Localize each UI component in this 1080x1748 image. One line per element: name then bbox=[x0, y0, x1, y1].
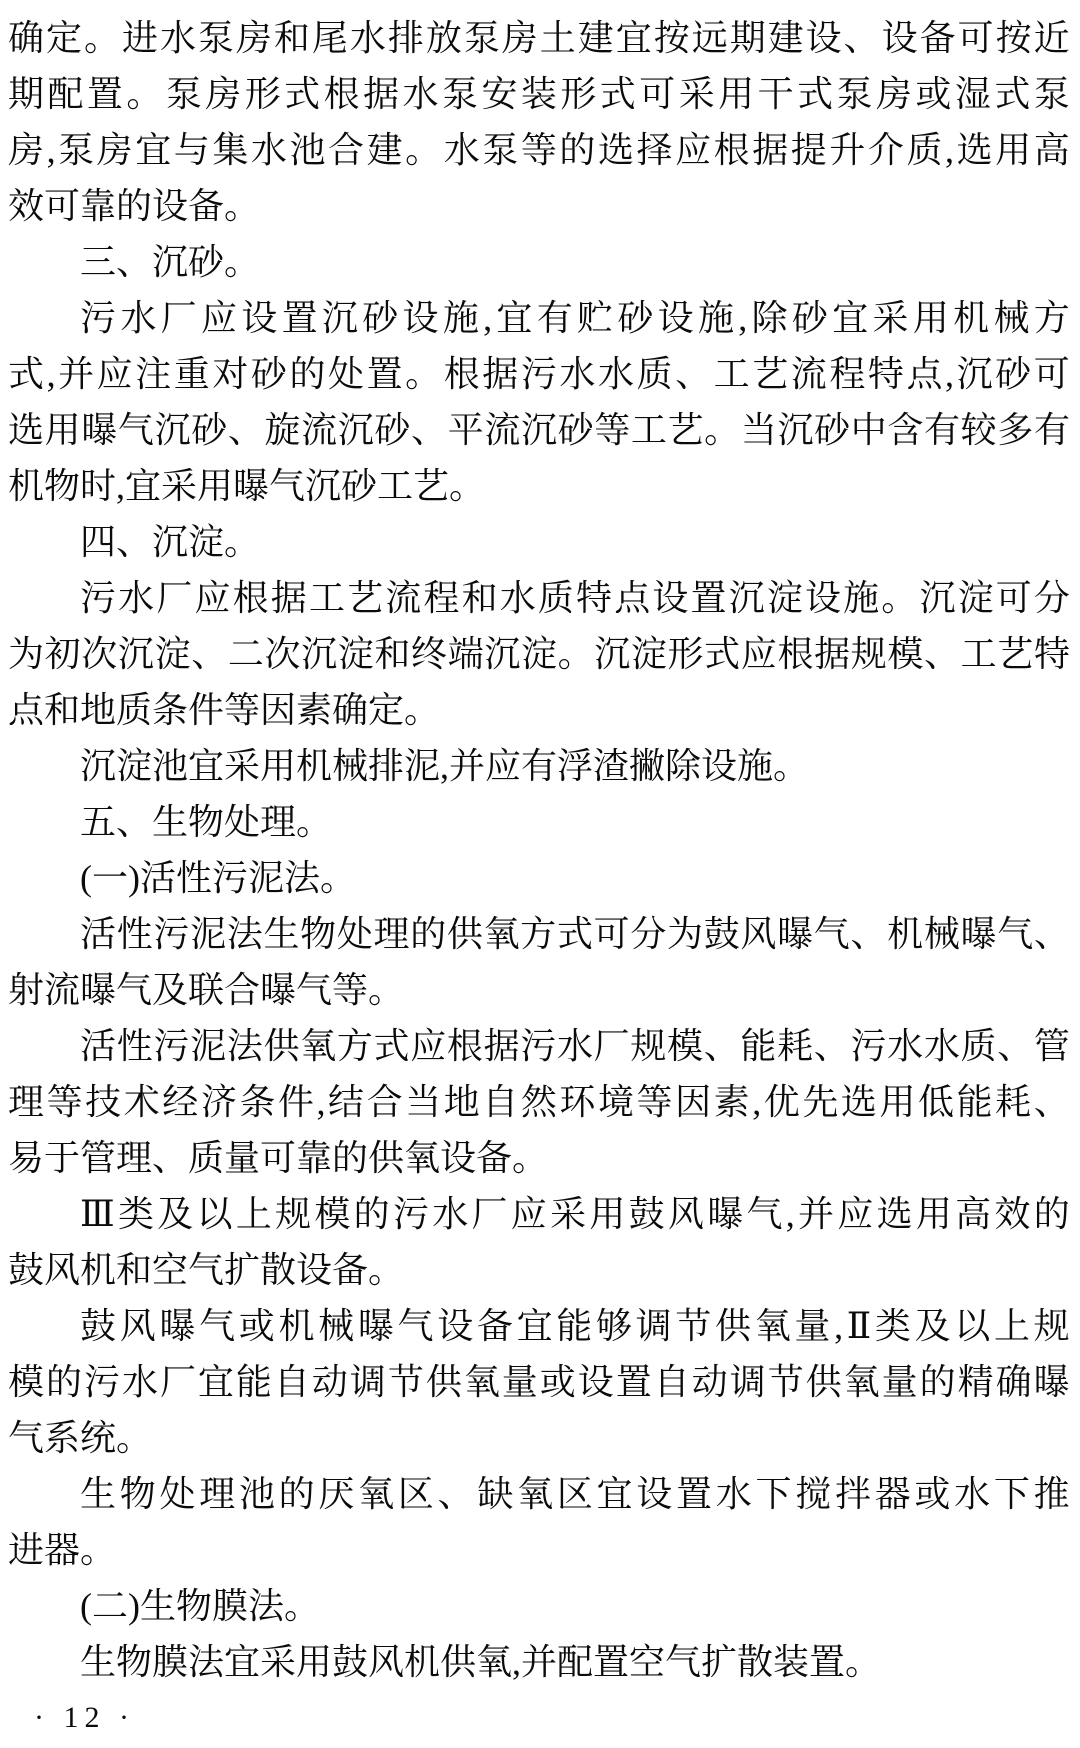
character: 置 bbox=[691, 570, 727, 626]
character: 气 bbox=[199, 1298, 235, 1354]
character: 砂 bbox=[362, 290, 398, 346]
character: 地 bbox=[444, 1074, 480, 1130]
character: 或 bbox=[540, 1354, 576, 1410]
character: 能 bbox=[236, 1354, 272, 1410]
character: 砂 bbox=[792, 290, 828, 346]
character: 氧 bbox=[300, 1018, 336, 1074]
character: 沉 bbox=[957, 346, 993, 402]
character: 淀 bbox=[631, 626, 667, 682]
character: 集 bbox=[212, 122, 248, 178]
character: 素 bbox=[714, 1074, 750, 1130]
character: 宜 bbox=[198, 1354, 234, 1410]
character: 管 bbox=[1034, 1018, 1070, 1074]
character: 与 bbox=[174, 122, 210, 178]
character: 耗 bbox=[777, 1018, 813, 1074]
character: 安 bbox=[481, 66, 517, 122]
character: 耗 bbox=[995, 1074, 1031, 1130]
character: 置 bbox=[282, 290, 318, 346]
character: 规 bbox=[630, 1018, 666, 1074]
text-line: 鼓风曝气或机械曝气设备宜能够调节供氧量,Ⅱ类及以上规 bbox=[8, 1298, 1070, 1354]
character: 区 bbox=[398, 1466, 434, 1522]
character: 房 bbox=[502, 10, 538, 66]
character: 动 bbox=[692, 1354, 728, 1410]
character: 砂 bbox=[814, 402, 850, 458]
character: 点 bbox=[906, 346, 942, 402]
character: 下 bbox=[994, 1466, 1030, 1522]
character: 按 bbox=[996, 10, 1032, 66]
character: 拌 bbox=[835, 1466, 871, 1522]
paragraph: 污水厂应根据工艺流程和水质特点设置沉淀设施。沉淀可分为初次沉淀、二次沉淀和终端沉… bbox=[8, 570, 1070, 738]
character: 以 bbox=[197, 1186, 233, 1242]
character: 提 bbox=[791, 122, 827, 178]
character: 用 bbox=[589, 1186, 625, 1242]
character: 厌 bbox=[318, 1466, 354, 1522]
character: 理 bbox=[374, 906, 410, 962]
character: 对 bbox=[212, 346, 248, 402]
character: 宜 bbox=[517, 1298, 553, 1354]
character: 合 bbox=[367, 1074, 403, 1130]
text-line: 模的污水厂宜能自动调节供氧量或设置自动调节供氧量的精确曝 bbox=[8, 1354, 1070, 1410]
character: 式 bbox=[994, 66, 1030, 122]
character: 曝 bbox=[961, 906, 997, 962]
character: 缺 bbox=[477, 1466, 513, 1522]
character: 工 bbox=[714, 346, 750, 402]
character: 物 bbox=[120, 1466, 156, 1522]
character: 宜 bbox=[135, 122, 171, 178]
paragraph: (一)活性污泥法。 bbox=[8, 850, 1070, 906]
character: 氧 bbox=[464, 1354, 500, 1410]
text-line: 理等技术经济条件,结合当地自然环境等因素,优先选用低能耗、 bbox=[8, 1074, 1070, 1130]
paragraph: 活性污泥法生物处理的供氧方式可分为鼓风曝气、机械曝气、射流曝气及联合曝气等。 bbox=[8, 906, 1070, 1018]
character: 。 bbox=[704, 402, 740, 458]
character: 供 bbox=[715, 1298, 751, 1354]
character: 艺 bbox=[668, 402, 704, 458]
character: 的 bbox=[410, 906, 446, 962]
character: 活 bbox=[80, 1018, 116, 1074]
character: 气 bbox=[814, 906, 850, 962]
character: 形 bbox=[560, 66, 596, 122]
character: 选 bbox=[841, 1074, 877, 1130]
character: 根 bbox=[324, 66, 360, 122]
character: 注 bbox=[135, 346, 171, 402]
character: 处 bbox=[159, 1466, 195, 1522]
character: 建 bbox=[367, 122, 403, 178]
character: 能 bbox=[957, 1074, 993, 1130]
paragraph: 生物处理池的厌氧区、缺氧区宜设置水下搅拌器或水下推进器。 bbox=[8, 1466, 1070, 1578]
character: 有 bbox=[924, 402, 960, 458]
character: 处 bbox=[337, 906, 373, 962]
character: 及 bbox=[157, 1186, 193, 1242]
character: 应 bbox=[511, 1186, 547, 1242]
character: 升 bbox=[829, 122, 865, 178]
character: 沉 bbox=[301, 626, 337, 682]
character: 宜 bbox=[616, 10, 652, 66]
character: 等 bbox=[521, 122, 557, 178]
character: 机 bbox=[278, 1298, 314, 1354]
character: 质 bbox=[906, 122, 942, 178]
character: 备 bbox=[920, 10, 956, 66]
character: 的 bbox=[289, 346, 325, 402]
character: 艺 bbox=[997, 626, 1033, 682]
character: 设 bbox=[437, 1298, 473, 1354]
character: 沉 bbox=[729, 570, 765, 626]
character: 器 bbox=[875, 1466, 911, 1522]
character: 模 bbox=[667, 1018, 703, 1074]
character: 近 bbox=[1034, 10, 1070, 66]
character: 次 bbox=[81, 626, 117, 682]
character: 曝 bbox=[81, 402, 117, 458]
character: 根 bbox=[777, 626, 813, 682]
character: 置 bbox=[616, 1354, 652, 1410]
character: 施 bbox=[843, 570, 879, 626]
character: 供 bbox=[447, 906, 483, 962]
paragraph: 五、生物处理。 bbox=[8, 794, 1070, 850]
character: 处 bbox=[328, 346, 364, 402]
character: Ⅱ bbox=[847, 1298, 871, 1354]
character: 确 bbox=[996, 1354, 1032, 1410]
character: 泥 bbox=[190, 906, 226, 962]
character: 风 bbox=[668, 1186, 704, 1242]
character: 污 bbox=[521, 346, 557, 402]
character: 气 bbox=[997, 906, 1033, 962]
character: 质 bbox=[961, 1018, 997, 1074]
character: 上 bbox=[236, 1186, 272, 1242]
character: 可 bbox=[1034, 346, 1070, 402]
character: 能 bbox=[740, 1018, 776, 1074]
text-line: 选用曝气沉砂、旋流沉砂、平流沉砂等工艺。当沉砂中含有较多有 bbox=[8, 402, 1070, 458]
character: 特 bbox=[868, 346, 904, 402]
character: 设 bbox=[403, 290, 439, 346]
character: 可 bbox=[958, 10, 994, 66]
character: 流 bbox=[385, 570, 421, 626]
character: 选 bbox=[598, 122, 634, 178]
character: 介 bbox=[868, 122, 904, 178]
paragraph: 确定。进水泵房和尾水排放泵房土建宜按远期建设、设备可按近期配置。泵房形式根据水泵… bbox=[8, 10, 1070, 234]
text-line: 确定。进水泵房和尾水排放泵房土建宜按远期建设、设备可按近 bbox=[8, 10, 1070, 66]
character: 泵 bbox=[58, 122, 94, 178]
character: 、 bbox=[1034, 906, 1070, 962]
character: 调 bbox=[350, 1354, 386, 1410]
text-line: (一)活性污泥法。 bbox=[8, 850, 1070, 906]
character: 初 bbox=[45, 626, 81, 682]
character: 鼓 bbox=[704, 906, 740, 962]
character: 砂 bbox=[558, 402, 594, 458]
character: 污 bbox=[84, 1354, 120, 1410]
character: 淀 bbox=[767, 570, 803, 626]
character: 或 bbox=[915, 66, 951, 122]
character: 特 bbox=[576, 570, 612, 626]
document-body: 确定。进水泵房和尾水排放泵房土建宜按远期建设、设备可按近期配置。泵房形式根据水泵… bbox=[8, 10, 1070, 1690]
character: 设 bbox=[578, 1354, 614, 1410]
character: 可 bbox=[996, 570, 1032, 626]
character: 气 bbox=[746, 1186, 782, 1242]
character: 。 bbox=[126, 66, 162, 122]
character: 性 bbox=[117, 1018, 153, 1074]
character: 和 bbox=[374, 626, 410, 682]
character: 水 bbox=[122, 1354, 158, 1410]
character: 用 bbox=[45, 402, 81, 458]
character: 和 bbox=[462, 570, 498, 626]
character: 够 bbox=[596, 1298, 632, 1354]
character: 淀 bbox=[155, 626, 191, 682]
character: 节 bbox=[388, 1354, 424, 1410]
character: 湿 bbox=[955, 66, 991, 122]
text-line: 进器。 bbox=[8, 1522, 1070, 1578]
character: 多 bbox=[997, 402, 1033, 458]
character: 并 bbox=[58, 346, 94, 402]
character: 工 bbox=[631, 402, 667, 458]
paragraph: 三、沉砂。 bbox=[8, 234, 1070, 290]
character: 水 bbox=[887, 1018, 923, 1074]
character: 泵 bbox=[464, 10, 500, 66]
character: 式 bbox=[284, 66, 320, 122]
character: 。 bbox=[405, 122, 441, 178]
character: 泵 bbox=[442, 66, 478, 122]
character: 。 bbox=[558, 626, 594, 682]
character: 的 bbox=[354, 1186, 390, 1242]
character: 沉 bbox=[322, 290, 358, 346]
character: 流 bbox=[484, 402, 520, 458]
character: 设 bbox=[652, 570, 688, 626]
character: 应 bbox=[741, 626, 777, 682]
character: 形 bbox=[668, 626, 704, 682]
character: 砂 bbox=[251, 346, 287, 402]
character: 根 bbox=[447, 1018, 483, 1074]
character: 水 bbox=[559, 346, 595, 402]
character: 、 bbox=[675, 346, 711, 402]
character: 有 bbox=[537, 290, 573, 346]
character: 泵 bbox=[198, 10, 234, 66]
character: 气 bbox=[398, 1298, 434, 1354]
character: 用 bbox=[995, 122, 1031, 178]
character: 质 bbox=[637, 346, 673, 402]
character: 艺 bbox=[347, 570, 383, 626]
character: 量 bbox=[502, 1354, 538, 1410]
character: 用 bbox=[718, 66, 754, 122]
text-line: 沉淀池宜采用机械排泥,并应有浮渣撇除设施。 bbox=[8, 738, 1070, 794]
text-line: 生物处理池的厌氧区、缺氧区宜设置水下搅拌器或水下推 bbox=[8, 1466, 1070, 1522]
character: 式 bbox=[704, 626, 740, 682]
character: 水 bbox=[118, 570, 154, 626]
character: , bbox=[945, 346, 954, 402]
character: 流 bbox=[301, 402, 337, 458]
character: 水 bbox=[120, 290, 156, 346]
character: 风 bbox=[740, 906, 776, 962]
character: 的 bbox=[279, 1466, 315, 1522]
character: 沉 bbox=[521, 402, 557, 458]
character: 精 bbox=[958, 1354, 994, 1410]
character: 设 bbox=[658, 290, 694, 346]
character: 土 bbox=[540, 10, 576, 66]
character: 、 bbox=[924, 626, 960, 682]
character: 氧 bbox=[755, 1298, 791, 1354]
character: 污 bbox=[80, 290, 116, 346]
character: 设 bbox=[882, 10, 918, 66]
character: 定 bbox=[46, 10, 82, 66]
character: , bbox=[738, 290, 747, 346]
character: 工 bbox=[309, 570, 345, 626]
character: 建 bbox=[578, 10, 614, 66]
character: 式 bbox=[8, 346, 44, 402]
character: 气 bbox=[118, 402, 154, 458]
character: 砂 bbox=[995, 346, 1031, 402]
character: 鼓 bbox=[80, 1298, 116, 1354]
character: 技 bbox=[85, 1074, 121, 1130]
character: 方 bbox=[1034, 290, 1070, 346]
character: 、 bbox=[1034, 1074, 1070, 1130]
character: 量 bbox=[882, 1354, 918, 1410]
character: 据 bbox=[814, 626, 850, 682]
character: 自 bbox=[274, 1354, 310, 1410]
character: 排 bbox=[388, 10, 424, 66]
character: 理 bbox=[8, 1074, 44, 1130]
character: 根 bbox=[233, 570, 269, 626]
character: 泵 bbox=[482, 122, 518, 178]
character: 自 bbox=[482, 1074, 518, 1130]
character: 房 bbox=[97, 122, 133, 178]
character: 流 bbox=[791, 346, 827, 402]
character: 推 bbox=[1034, 1466, 1070, 1522]
character: 上 bbox=[994, 1298, 1030, 1354]
character: 干 bbox=[758, 66, 794, 122]
character: 点 bbox=[614, 570, 650, 626]
character: 宜 bbox=[832, 290, 868, 346]
character: 当 bbox=[741, 402, 777, 458]
character: 曝 bbox=[1034, 1354, 1070, 1410]
character: 分 bbox=[630, 906, 666, 962]
character: 供 bbox=[263, 1018, 299, 1074]
character: 除 bbox=[752, 290, 788, 346]
character: 合 bbox=[328, 122, 364, 178]
character: 低 bbox=[918, 1074, 954, 1130]
character: 厂 bbox=[161, 290, 197, 346]
character: 宜 bbox=[496, 290, 532, 346]
character: 沉 bbox=[919, 570, 955, 626]
character: 效 bbox=[994, 1186, 1030, 1242]
text-line: 机物时,宜采用曝气沉砂工艺。 bbox=[8, 458, 1070, 514]
character: 泥 bbox=[190, 1018, 226, 1074]
text-line: 鼓风机和空气扩散设备。 bbox=[8, 1242, 1070, 1298]
character: 水 bbox=[716, 1466, 752, 1522]
character: 规 bbox=[851, 626, 887, 682]
character: 术 bbox=[124, 1074, 160, 1130]
character: 污 bbox=[850, 1018, 886, 1074]
text-line: 四、沉淀。 bbox=[8, 514, 1070, 570]
character: 砂 bbox=[191, 402, 227, 458]
character: 规 bbox=[1034, 1298, 1070, 1354]
character: 。 bbox=[405, 346, 441, 402]
character: 济 bbox=[201, 1074, 237, 1130]
character: 动 bbox=[312, 1354, 348, 1410]
character: 特 bbox=[1034, 626, 1070, 682]
character: 氧 bbox=[484, 906, 520, 962]
character: 能 bbox=[556, 1298, 592, 1354]
character: 节 bbox=[675, 1298, 711, 1354]
character: 先 bbox=[802, 1074, 838, 1130]
character: 采 bbox=[873, 290, 909, 346]
character: 据 bbox=[752, 122, 788, 178]
character: 优 bbox=[764, 1074, 800, 1130]
character: 污 bbox=[153, 906, 189, 962]
text-line: (二)生物膜法。 bbox=[8, 1578, 1070, 1634]
character: 远 bbox=[692, 10, 728, 66]
character: 砂 bbox=[617, 290, 653, 346]
character: , bbox=[752, 1074, 761, 1130]
character: 为 bbox=[8, 626, 44, 682]
character: 高 bbox=[955, 1186, 991, 1242]
character: 、 bbox=[191, 626, 227, 682]
character: 旋 bbox=[264, 402, 300, 458]
character: 曝 bbox=[159, 1298, 195, 1354]
character: 应 bbox=[837, 1186, 873, 1242]
character: 为 bbox=[667, 906, 703, 962]
character: 砂 bbox=[374, 402, 410, 458]
character: 含 bbox=[887, 402, 923, 458]
character: 水 bbox=[251, 122, 287, 178]
character: 根 bbox=[444, 346, 480, 402]
character: 件 bbox=[278, 1074, 314, 1130]
character: 类 bbox=[875, 1298, 911, 1354]
character: 据 bbox=[484, 1018, 520, 1074]
text-line: 气系统。 bbox=[8, 1410, 1070, 1466]
character: 中 bbox=[851, 402, 887, 458]
character: 水 bbox=[403, 66, 439, 122]
character: 淀 bbox=[338, 626, 374, 682]
character: , bbox=[834, 1298, 843, 1354]
character: , bbox=[786, 1186, 795, 1242]
character: 污 bbox=[393, 1186, 429, 1242]
character: 物 bbox=[300, 906, 336, 962]
character: 房 bbox=[876, 66, 912, 122]
character: 氧 bbox=[844, 1354, 880, 1410]
character: 应 bbox=[201, 290, 237, 346]
character: 风 bbox=[120, 1298, 156, 1354]
character: 氧 bbox=[517, 1466, 553, 1522]
character: 水 bbox=[598, 346, 634, 402]
character: 等 bbox=[47, 1074, 83, 1130]
character: 期 bbox=[8, 66, 44, 122]
character: 供 bbox=[426, 1354, 462, 1410]
character: 设 bbox=[806, 10, 842, 66]
character: 装 bbox=[521, 66, 557, 122]
character: 。 bbox=[84, 10, 120, 66]
character: 式 bbox=[557, 906, 593, 962]
character: 方 bbox=[337, 1018, 373, 1074]
character: 或 bbox=[914, 1466, 950, 1522]
character: 的 bbox=[559, 122, 595, 178]
character: 污 bbox=[520, 1018, 556, 1074]
character: 采 bbox=[679, 66, 715, 122]
character: 因 bbox=[675, 1074, 711, 1130]
character: 性 bbox=[117, 906, 153, 962]
character: 曝 bbox=[777, 906, 813, 962]
character: 置 bbox=[87, 66, 123, 122]
text-line: Ⅲ类及以上规模的污水厂应采用鼓风曝气,并应选用高效的 bbox=[8, 1186, 1070, 1242]
character: 搅 bbox=[795, 1466, 831, 1522]
document-page: 确定。进水泵房和尾水排放泵房土建宜按远期建设、设备可按近期配置。泵房形式根据水泵… bbox=[0, 0, 1080, 1748]
character: 房 bbox=[236, 10, 272, 66]
character: 有 bbox=[1034, 402, 1070, 458]
character: 设 bbox=[805, 570, 841, 626]
character: 、 bbox=[997, 1018, 1033, 1074]
character: 当 bbox=[405, 1074, 441, 1130]
paragraph: Ⅲ类及以上规模的污水厂应采用鼓风曝气,并应选用高效的鼓风机和空气扩散设备。 bbox=[8, 1186, 1070, 1298]
character: 机 bbox=[887, 906, 923, 962]
character: 房 bbox=[8, 122, 44, 178]
character: 泵 bbox=[1034, 66, 1070, 122]
text-line: 生物膜法宜采用鼓风机供氧,并配置空气扩散装置。 bbox=[8, 1634, 1070, 1690]
character: 曝 bbox=[358, 1298, 394, 1354]
